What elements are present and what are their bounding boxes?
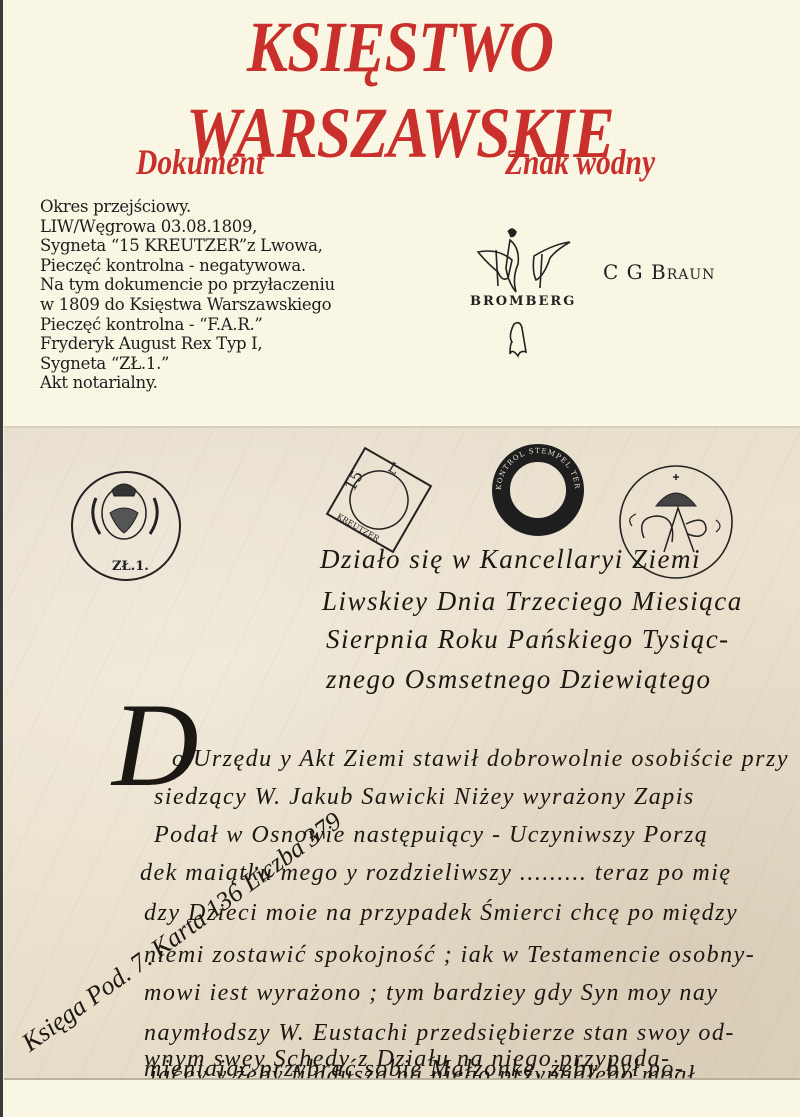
- manuscript-scan: ZŁ.1. L 15 KREUTZER KONTROL STEMPEL TER …: [4, 428, 800, 1080]
- watermark-mark-text: BROMBERG: [470, 294, 576, 309]
- control-stamp-icon: KONTROL STEMPEL TER: [495, 447, 581, 527]
- page-border: [0, 0, 3, 1117]
- description-line: LIW/Węgrowa 03.08.1809,: [40, 217, 440, 237]
- manuscript-line: Sierpnia Roku Pańskiego Tysiąc-: [326, 624, 730, 655]
- manuscript-line: Liwskiey Dnia Trzeciego Miesiąca: [322, 586, 743, 617]
- description-line: Pieczęć kontrolna - “F.A.R.”: [40, 315, 440, 335]
- svg-text:L: L: [385, 460, 401, 479]
- maker-name-initial: B: [651, 260, 667, 284]
- manuscript-line: dek maiątku mego y rozdzieliwszy .......…: [140, 860, 732, 887]
- manuscript-line: siedzący W. Jakub Sawicki Niżey wyrażony…: [154, 784, 695, 811]
- manuscript-line: Działo się w Kancellaryi Ziemi: [320, 544, 701, 575]
- document-heading: Dokument: [136, 140, 264, 184]
- kreutzer-stamp-icon: L 15 KREUTZER: [324, 443, 433, 553]
- manuscript-line: dzy Dzieci moie na przypadek Śmierci chc…: [144, 900, 738, 927]
- manuscript-line: niemi zostawić spokojność ; iak w Testam…: [144, 942, 755, 969]
- description-line: Akt notarialny.: [40, 373, 440, 393]
- description-line: Na tym dokumencie po przyłaczeniu: [40, 275, 440, 295]
- description-line: Pieczęć kontrolna - negatywowa.: [40, 256, 440, 276]
- description-line: w 1809 do Księstwa Warszawskiego: [40, 295, 440, 315]
- manuscript-line: naymłodszy W. Eustachi przedsiębierze st…: [144, 1020, 735, 1047]
- zl1-stamp-icon: ZŁ.1.: [72, 472, 180, 580]
- description-line: Sygneta “ZŁ.1.”: [40, 354, 440, 374]
- watermark-maker: C G BRAUN: [603, 260, 715, 284]
- document-description: Okres przejściowy. LIW/Węgrowa 03.08.180…: [40, 197, 440, 393]
- manuscript-line: o Urzędu y Akt Ziemi stawił dobrowolnie …: [172, 746, 789, 773]
- watermark-heading: Znak wodny: [505, 140, 655, 184]
- zl1-label: ZŁ.1.: [112, 559, 149, 574]
- description-line: Fryderyk August Rex Typ I,: [40, 334, 440, 354]
- description-line: Sygneta “15 KREUTZER”z Lwowa,: [40, 236, 440, 256]
- description-line: Okres przejściowy.: [40, 197, 440, 217]
- manuscript-line: znego Osmsetnego Dziewiątego: [326, 664, 711, 695]
- maker-name-rest: RAUN: [667, 267, 716, 283]
- kreutzer-number: 15: [340, 467, 367, 494]
- maker-initials: C G: [603, 260, 644, 284]
- manuscript-line: Podał w Osnowie następuiący - Uczyniwszy…: [154, 822, 708, 849]
- manuscript-line: mowi iest wyrażono ; tym bardziey gdy Sy…: [144, 980, 719, 1007]
